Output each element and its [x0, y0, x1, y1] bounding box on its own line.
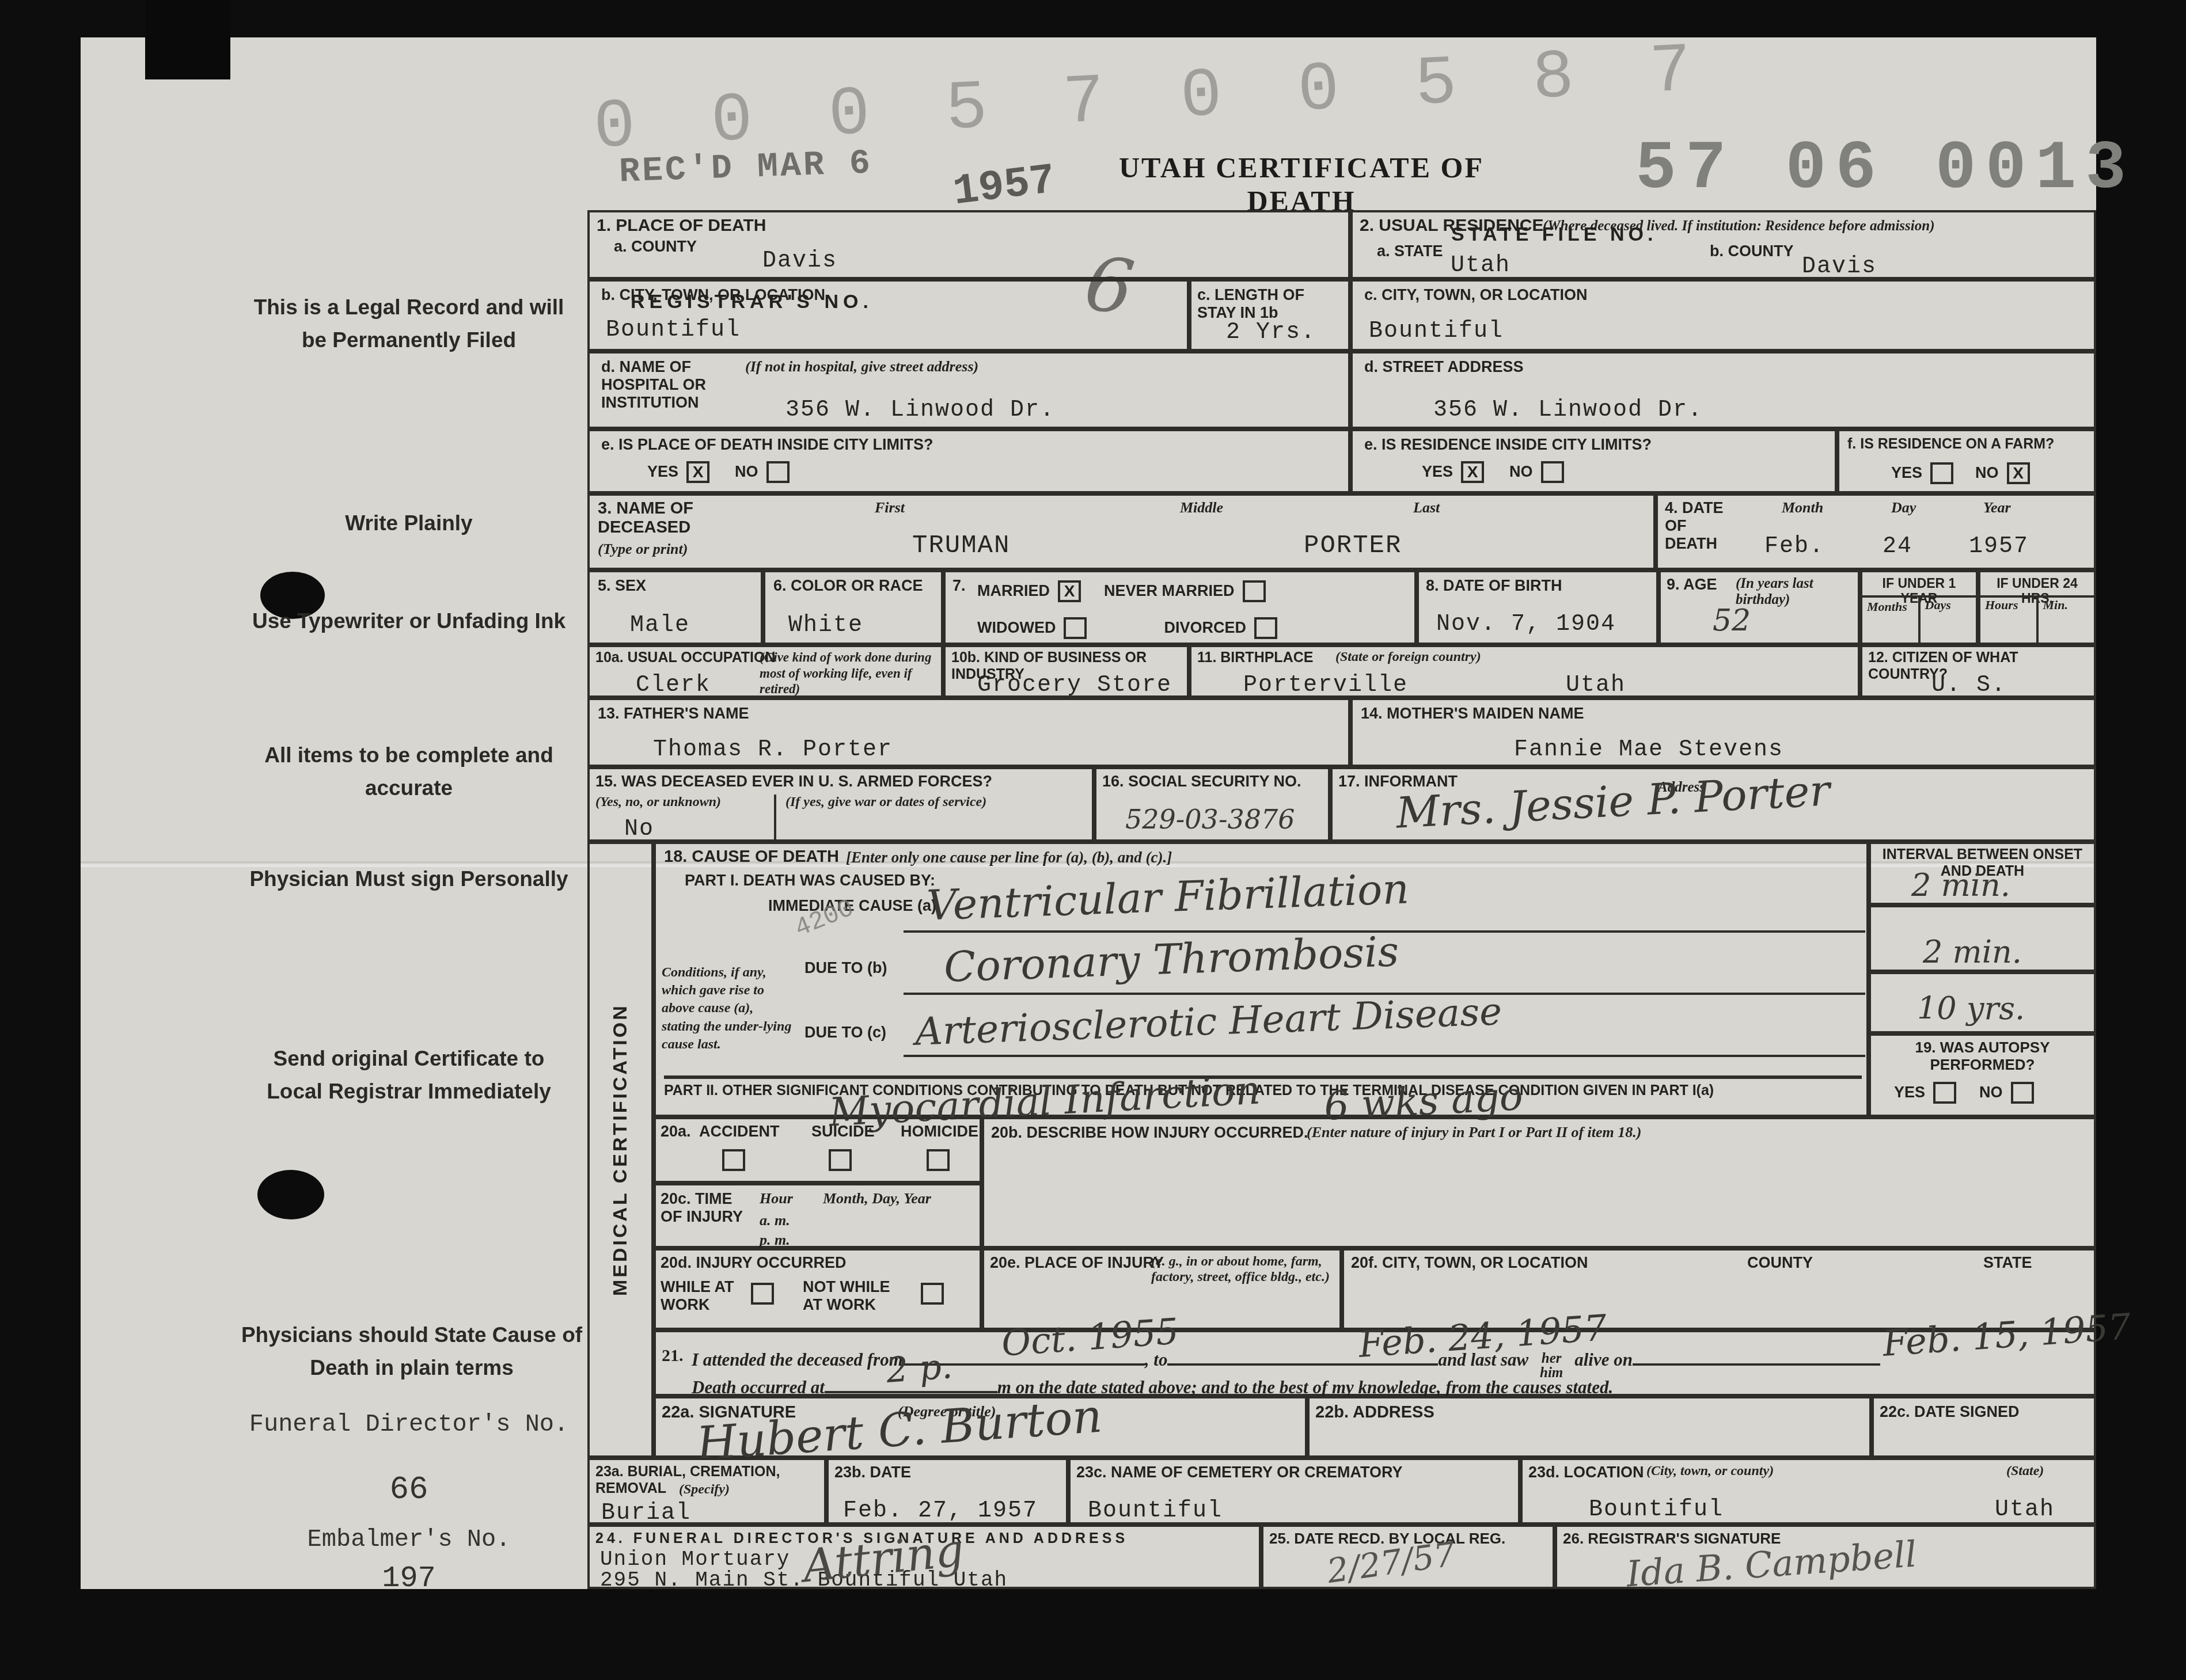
am-label: a. m. — [760, 1212, 790, 1229]
state-note: (State) — [2006, 1464, 2044, 1479]
margin-note-plain-terms: Physicians should State Cause of Death i… — [239, 1318, 585, 1385]
field-label: 5. SEX — [598, 577, 646, 595]
months-label: Months — [1862, 599, 1907, 614]
cause-a-value: Ventricular Fibrillation — [926, 864, 1410, 929]
field-6-color-or-race: 6. COLOR OR RACE White — [763, 570, 943, 645]
hole-punch — [257, 1170, 324, 1219]
field-1e-city-limits: e. IS PLACE OF DEATH INSIDE CITY LIMITS?… — [587, 429, 1350, 493]
field-label: 20a. — [661, 1123, 691, 1141]
field-25-date-received: 25. DATE RECD. BY LOCAL REG. 2/27/57 — [1261, 1525, 1555, 1589]
conditions-note: Conditions, if any, which gave rise to a… — [662, 964, 794, 1054]
field-label: 7. — [952, 577, 966, 595]
field-1b-city: b. CITY, TOWN, OR LOCATION Bountiful — [587, 279, 1189, 351]
state-file-no-value: 57 06 0013 — [1635, 131, 2135, 208]
field-10b-industry: 10b. KIND OF BUSINESS OR INDUSTRY Grocer… — [943, 645, 1189, 698]
burial-location-value: Bountiful — [1589, 1497, 1724, 1523]
field-label: e. IS PLACE OF DEATH INSIDE CITY LIMITS? — [601, 436, 933, 454]
no-checkbox — [1541, 461, 1564, 483]
field-note: (Enter nature of injury in Part I or Par… — [1307, 1124, 1641, 1141]
field-7-marital-status: 7. MARRIED X NEVER MARRIED WIDOWED DIVOR… — [943, 570, 1417, 645]
field-2e-city-limits: e. IS RESIDENCE INSIDE CITY LIMITS? YES … — [1350, 429, 1837, 493]
first-name-value: TRUMAN — [912, 531, 1010, 560]
scan-border-right — [2096, 0, 2186, 1680]
attended-text: alive on — [1574, 1350, 1633, 1370]
field-note: (Give kind of work done during most of w… — [760, 649, 941, 697]
field-label: 6. COLOR OR RACE — [773, 577, 923, 595]
field-label: 23c. NAME OF CEMETERY OR CREMATORY — [1076, 1464, 1403, 1481]
never-married-checkbox — [1243, 580, 1266, 602]
field-1d-hospital: d. NAME OF HOSPITAL OR INSTITUTION (If n… — [587, 351, 1350, 429]
year-header: Year — [1983, 499, 2011, 516]
scan-border-left — [0, 0, 81, 1680]
field-label: 20d. INJURY OCCURRED — [661, 1254, 847, 1272]
field-4-date-of-death: 4. DATE OF DEATH Month Day Year Feb. 24 … — [1656, 493, 2096, 570]
field-20a-accident-suicide-homicide: 20a. ACCIDENT SUICIDE HOMICIDE — [654, 1117, 982, 1183]
autopsy-yes-checkbox — [1933, 1082, 1956, 1104]
date-of-birth-value: Nov. 7, 1904 — [1436, 611, 1616, 637]
field-label: 9. AGE — [1667, 576, 1717, 594]
field-label: 22b. ADDRESS — [1315, 1403, 1434, 1422]
days-label: Days — [1921, 598, 1951, 612]
field-3-name-of-deceased: 3. NAME OF DECEASED (Type or print) Firs… — [587, 493, 1656, 570]
margin-note-legal-record: This is a Legal Record and will be Perma… — [248, 291, 570, 357]
embalmers-no-label: Embalmer's No. — [230, 1526, 587, 1553]
citizenship-value: U. S. — [1931, 672, 2006, 698]
cause-b-value: Coronary Thrombosis — [943, 927, 1400, 991]
interval-c-value: 10 yrs. — [1917, 990, 2025, 1027]
field-label: e. IS RESIDENCE INSIDE CITY LIMITS? — [1364, 436, 1652, 454]
interval-cell-a: INTERVAL BETWEEN ONSET AND DEATH 2 min. — [1869, 842, 2096, 905]
field-23c-cemetery: 23c. NAME OF CEMETERY OR CREMATORY Bount… — [1068, 1458, 1520, 1525]
autopsy-no-checkbox — [2011, 1082, 2034, 1104]
field-23d-location: 23d. LOCATION (City, town, or county) (S… — [1520, 1458, 2096, 1525]
not-while-at-work-checkbox — [921, 1283, 944, 1305]
months-subcell: Months — [1862, 598, 1921, 647]
married-label: MARRIED — [977, 582, 1050, 600]
subdivider — [774, 795, 776, 842]
age-value: 52 — [1713, 603, 1751, 638]
yes-checkbox: X — [1461, 461, 1484, 483]
field-label: 13. FATHER'S NAME — [598, 705, 749, 723]
field-23a-burial: 23a. BURIAL, CREMATION, REMOVAL (Specify… — [587, 1458, 826, 1525]
no-label: NO — [1979, 1084, 2003, 1101]
field-label: f. IS RESIDENCE ON A FARM? — [1847, 436, 2054, 453]
field-18-cause-of-death: 18. CAUSE OF DEATH [Enter only one cause… — [654, 842, 1869, 1117]
homicide-label: HOMICIDE — [901, 1123, 978, 1141]
no-label: NO — [1509, 463, 1533, 481]
county-of-death-value: Davis — [762, 248, 837, 274]
first-header: First — [875, 499, 905, 516]
cemetery-value: Bountiful — [1088, 1498, 1223, 1524]
while-at-work-label: WHILE AT WORK — [661, 1278, 747, 1314]
funeral-directors-no-label: Funeral Director's No. — [248, 1411, 570, 1438]
field-note: (Specify) — [679, 1482, 730, 1497]
no-checkbox — [766, 461, 790, 483]
min-subcell: Min. — [2039, 598, 2094, 647]
field-label: 14. MOTHER'S MAIDEN NAME — [1361, 705, 1584, 723]
field-label: 20b. DESCRIBE HOW INJURY OCCURRED. — [991, 1124, 1308, 1142]
mortuary-name-value: Union Mortuary — [600, 1548, 790, 1571]
field-label: 10a. USUAL OCCUPATION — [595, 649, 776, 666]
field-label: b. COUNTY — [1710, 242, 1794, 260]
yes-label: YES — [1422, 463, 1453, 481]
field-label: 20f. CITY, TOWN, OR LOCATION — [1351, 1254, 1588, 1272]
field-label: a. STATE — [1377, 242, 1443, 260]
field-label: 16. SOCIAL SECURITY NO. — [1102, 773, 1327, 790]
hours-subcell: Hours — [1980, 598, 2039, 647]
field-15-armed-forces: 15. WAS DECEASED EVER IN U. S. ARMED FOR… — [587, 767, 1094, 842]
min-label: Min. — [2039, 598, 2068, 612]
day-header: Day — [1891, 499, 1916, 516]
alive-blank — [1633, 1346, 1880, 1366]
accident-checkbox — [722, 1149, 745, 1171]
field-20b-describe-injury: 20b. DESCRIBE HOW INJURY OCCURRED. (Ente… — [982, 1117, 2096, 1248]
field-2-usual-residence: 2. USUAL RESIDENCE (Where deceased lived… — [1350, 210, 2096, 279]
state-header: STATE — [1983, 1254, 2032, 1272]
scan-border-top — [0, 0, 2186, 37]
field-1c-length-of-stay: c. LENGTH OF STAY IN 1b 2 Yrs. — [1189, 279, 1350, 351]
field-9-age: 9. AGE (In years last birthday) 52 — [1659, 570, 1860, 645]
field-10a-occupation: 10a. USUAL OCCUPATION (Give kind of work… — [587, 645, 943, 698]
field-note: (e. g., in or about home, farm, factory,… — [1151, 1254, 1341, 1285]
field-label: c. LENGTH OF STAY IN 1b — [1197, 286, 1344, 322]
interval-a-value: 2 min. — [1911, 867, 2010, 903]
field-26-registrar-signature: 26. REGISTRAR'S SIGNATURE Ida B. Campbel… — [1555, 1525, 2096, 1589]
field-12-citizenship: 12. CITIZEN OF WHAT COUNTRY? U. S. — [1860, 645, 2096, 698]
field-note: (If yes, give war or dates of service) — [785, 795, 1085, 810]
hours-label: Hours — [1980, 598, 2018, 612]
death-occurred-text: Death occurred at — [692, 1377, 825, 1397]
attended-text: I attended the deceased from — [692, 1350, 903, 1370]
field-label: 22c. DATE SIGNED — [1880, 1403, 2020, 1421]
field-label: 18. CAUSE OF DEATH — [664, 847, 839, 866]
due-to-b-label: DUE TO (b) — [804, 959, 887, 977]
embalmers-no-value: 197 — [248, 1561, 570, 1595]
scan-border-bottom — [0, 1589, 2186, 1680]
city-of-death-value: Bountiful — [606, 317, 741, 343]
field-label: 11. BIRTHPLACE — [1197, 649, 1313, 666]
field-label: 1. PLACE OF DEATH — [597, 216, 766, 236]
margin-note-typewriter: Use Typewriter or Unfading Ink — [248, 605, 570, 637]
field-label: 19. WAS AUTOPSY PERFORMED? — [1871, 1039, 2094, 1074]
divorced-label: DIVORCED — [1164, 619, 1246, 637]
field-label: 23b. DATE — [834, 1464, 911, 1481]
field-label: 3. NAME OF DECEASED — [598, 499, 724, 538]
field-label: 21. — [662, 1346, 684, 1366]
time-of-death-value: 2 p. — [885, 1346, 954, 1391]
birthplace-city-value: Porterville — [1243, 672, 1408, 698]
birthplace-state-value: Utah — [1566, 672, 1626, 698]
widowed-label: WIDOWED — [977, 619, 1056, 637]
field-note: (City, town, or county) — [1646, 1464, 1774, 1479]
month-day-year-label: Month, Day, Year — [823, 1190, 931, 1207]
field-2c-city: c. CITY, TOWN, OR LOCATION Bountiful — [1350, 279, 2096, 351]
residence-street-address-value: 356 W. Linwood Dr. — [1433, 397, 1703, 423]
field-9-if-under-1-year: IF UNDER 1 YEAR Months Days — [1860, 570, 1978, 645]
suicide-checkbox — [829, 1149, 852, 1171]
residence-city-value: Bountiful — [1369, 318, 1504, 344]
race-value: White — [788, 613, 863, 638]
field-note: (Type or print) — [598, 541, 688, 558]
no-label: NO — [735, 463, 758, 481]
field-label: 20e. PLACE OF INJURY — [990, 1254, 1164, 1272]
field-5-sex: 5. SEX Male — [587, 570, 763, 645]
interval-cell-b: 2 min. — [1869, 905, 2096, 972]
yes-label: YES — [1894, 1084, 1925, 1101]
pm-label: p. m. — [760, 1232, 790, 1249]
field-13-fathers-name: 13. FATHER'S NAME Thomas R. Porter — [587, 698, 1350, 767]
married-checkbox: X — [1058, 580, 1081, 602]
medical-certification-label: MEDICAL CERTIFICATION — [590, 844, 651, 1455]
occupation-value: Clerk — [636, 672, 711, 698]
field-label: 23d. LOCATION — [1528, 1464, 1644, 1481]
last-header: Last — [1413, 499, 1440, 516]
field-8-date-of-birth: 8. DATE OF BIRTH Nov. 7, 1904 — [1417, 570, 1659, 645]
no-label: NO — [1975, 464, 1999, 482]
field-label: a. COUNTY — [614, 238, 697, 256]
part1-label: PART I. DEATH WAS CAUSED BY: — [685, 872, 935, 890]
field-label: c. CITY, TOWN, OR LOCATION — [1364, 286, 1588, 304]
divorced-checkbox — [1254, 617, 1277, 639]
field-label: 15. WAS DECEASED EVER IN U. S. ARMED FOR… — [595, 773, 992, 790]
due-to-c-label: DUE TO (c) — [804, 1024, 886, 1042]
not-while-at-work-label: NOT WHILE AT WORK — [803, 1278, 901, 1314]
yes-label: YES — [647, 463, 678, 481]
field-label: 20c. TIME OF INJURY — [661, 1190, 753, 1226]
field-note: (Where deceased lived. If institution: R… — [1543, 218, 2090, 234]
death-day-value: 24 — [1883, 534, 1912, 560]
field-9-if-under-24-hrs: IF UNDER 24 HRS. Hours Min. — [1978, 570, 2096, 645]
interval-b-value: 2 min. — [1923, 934, 2022, 970]
margin-note-write-plainly: Write Plainly — [248, 507, 570, 539]
yes-label: YES — [1891, 464, 1922, 482]
field-2f-farm: f. IS RESIDENCE ON A FARM? YES NO X — [1837, 429, 2096, 493]
residence-county-value: Davis — [1802, 254, 1877, 280]
field-1-place-of-death: 1. PLACE OF DEATH a. COUNTY Davis — [587, 210, 1350, 279]
informant-value: Mrs. Jessie P. Porter — [1395, 766, 1831, 838]
yes-checkbox — [1930, 462, 1953, 484]
field-label: 4. DATE OF DEATH — [1665, 499, 1728, 553]
burial-state-value: Utah — [1995, 1497, 2055, 1523]
field-note: [Enter only one cause per line for (a), … — [846, 849, 1172, 866]
middle-header: Middle — [1180, 499, 1223, 516]
field-24-funeral-director: 24. FUNERAL DIRECTOR'S SIGNATURE AND ADD… — [587, 1525, 1261, 1589]
sex-value: Male — [630, 613, 690, 638]
field-22c-date-signed: 22c. DATE SIGNED — [1872, 1396, 2096, 1458]
field-22a-signature: 22a. SIGNATURE (Degree or title) Hubert … — [654, 1396, 1307, 1458]
field-2d-street-address: d. STREET ADDRESS 356 W. Linwood Dr. — [1350, 351, 2096, 429]
widowed-checkbox — [1064, 617, 1087, 639]
burial-date-value: Feb. 27, 1957 — [843, 1498, 1038, 1524]
length-of-stay-value: 2 Yrs. — [1226, 320, 1316, 345]
funeral-directors-no-value: 66 — [248, 1471, 570, 1508]
cause-c-value: Arteriosclerotic Heart Disease — [914, 989, 1502, 1054]
no-checkbox: X — [2007, 462, 2030, 484]
county-header: COUNTY — [1747, 1254, 1813, 1272]
armed-forces-value: No — [624, 816, 654, 842]
month-header: Month — [1782, 499, 1823, 516]
burial-value: Burial — [601, 1500, 691, 1526]
field-20d-injury-occurred: 20d. INJURY OCCURRED WHILE AT WORK NOT W… — [654, 1248, 982, 1330]
interval-cell-c: 10 yrs. — [1869, 972, 2096, 1033]
homicide-checkbox — [927, 1149, 950, 1171]
her-label: her — [1528, 1351, 1574, 1366]
field-14-mothers-maiden-name: 14. MOTHER'S MAIDEN NAME Fannie Mae Stev… — [1350, 698, 2096, 767]
field-22b-address: 22b. ADDRESS — [1307, 1396, 1872, 1458]
field-label: 8. DATE OF BIRTH — [1426, 577, 1562, 595]
suicide-label: SUICIDE — [811, 1123, 875, 1141]
mothers-maiden-name-value: Fannie Mae Stevens — [1514, 737, 1783, 763]
scanned-death-certificate: 0 0 0 5 7 0 0 5 8 7 REC'D MAR 6 1957 REG… — [0, 0, 2186, 1680]
medical-certification-strip: MEDICAL CERTIFICATION — [587, 842, 654, 1458]
while-at-work-checkbox — [751, 1283, 774, 1305]
field-20c-time-of-injury: 20c. TIME OF INJURY Hour a. m. p. m. Mon… — [654, 1183, 982, 1248]
never-married-label: NEVER MARRIED — [1104, 582, 1235, 600]
death-year-value: 1957 — [1969, 534, 2029, 560]
accident-label: ACCIDENT — [699, 1123, 780, 1141]
field-label: b. CITY, TOWN, OR LOCATION — [601, 286, 825, 304]
scan-artifact — [145, 0, 230, 79]
field-note: (State or foreign country) — [1335, 649, 1481, 665]
field-note: (If not in hospital, give street address… — [745, 358, 978, 375]
death-month-value: Feb. — [1764, 534, 1824, 560]
field-label: d. NAME OF HOSPITAL OR INSTITUTION — [601, 358, 734, 412]
days-subcell: Days — [1921, 598, 1976, 647]
field-label: d. STREET ADDRESS — [1364, 358, 1524, 376]
ssn-value: 529-03-3876 — [1125, 804, 1295, 835]
last-name-value: PORTER — [1304, 531, 1402, 560]
field-label: 2. USUAL RESIDENCE — [1360, 216, 1544, 236]
field-note: (In years last birthday) — [1736, 576, 1851, 608]
field-17-informant: 17. INFORMANT Address Mrs. Jessie P. Por… — [1330, 767, 2096, 842]
industry-value: Grocery Store — [977, 672, 1172, 698]
hour-label: Hour — [760, 1190, 793, 1207]
place-of-death-address-value: 356 W. Linwood Dr. — [785, 397, 1055, 423]
field-21-attendance-statement: 21. I attended the deceased from, toand … — [654, 1330, 2096, 1396]
field-11-birthplace: 11. BIRTHPLACE (State or foreign country… — [1189, 645, 1860, 698]
margin-note-physician-sign: Physician Must sign Personally — [248, 862, 570, 895]
margin-note-send-original: Send original Certificate to Local Regis… — [248, 1042, 570, 1108]
field-16-ssn: 16. SOCIAL SECURITY NO. 529-03-3876 — [1094, 767, 1330, 842]
field-note: (Yes, no, or unknown) — [595, 795, 721, 810]
field-19-autopsy: 19. WAS AUTOPSY PERFORMED? YES NO — [1869, 1033, 2096, 1117]
field-23b-date: 23b. DATE Feb. 27, 1957 — [826, 1458, 1068, 1525]
residence-state-value: Utah — [1451, 253, 1511, 279]
yes-checkbox: X — [686, 461, 709, 483]
cause-c-line — [904, 1055, 1865, 1057]
certificate-title: UTAH CERTIFICATE OF DEATH — [1083, 151, 1520, 218]
margin-note-complete: All items to be complete and accurate — [248, 739, 570, 805]
fathers-name-value: Thomas R. Porter — [653, 737, 893, 763]
